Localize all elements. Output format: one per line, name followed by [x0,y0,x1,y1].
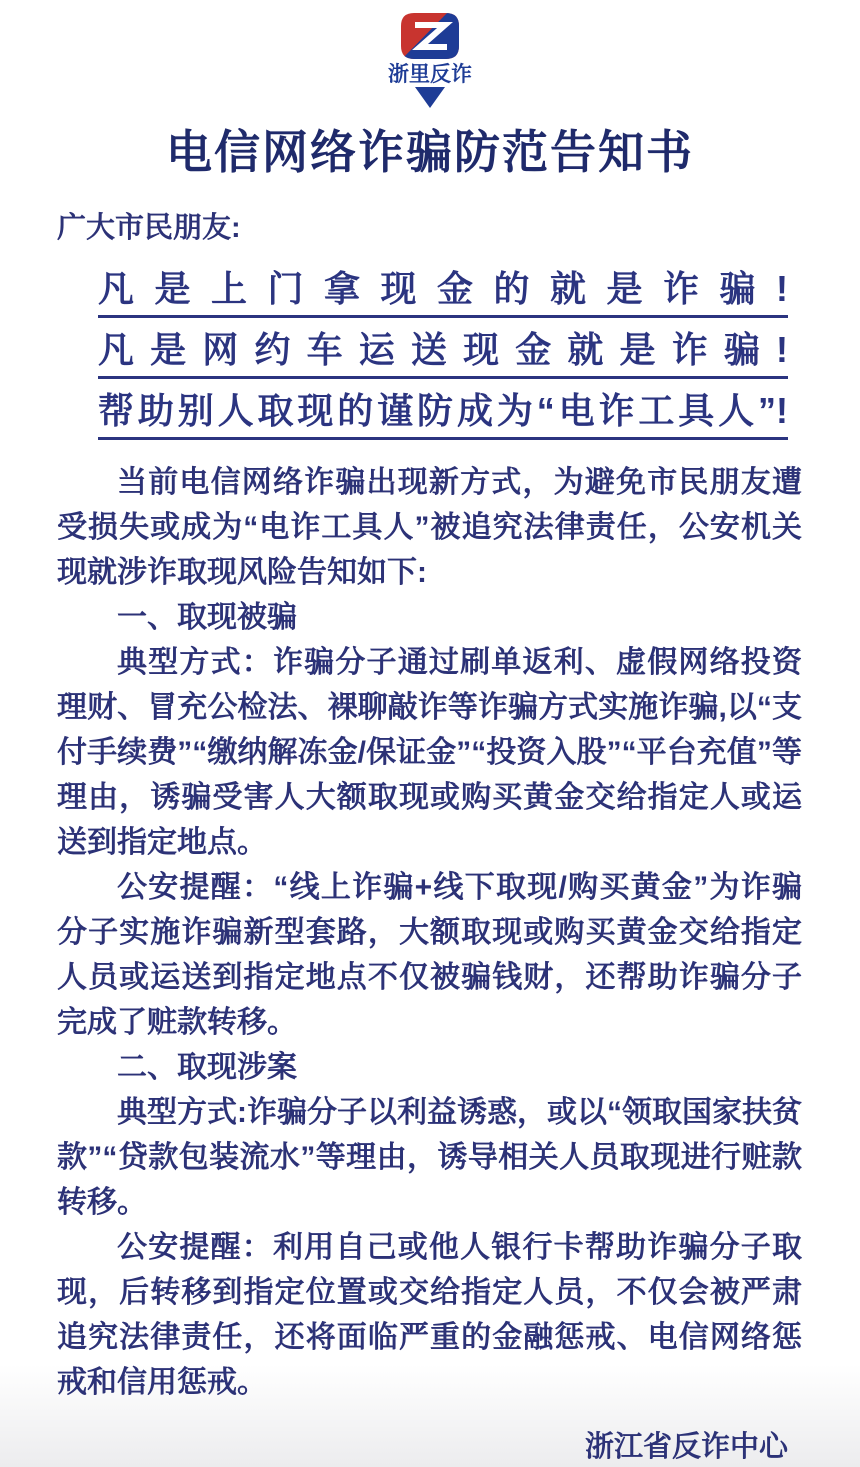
warning-line: 凡是上门拿现金的就是诈骗! [98,266,788,318]
warning-list: 凡是上门拿现金的就是诈骗! 凡是网约车运送现金就是诈骗! 帮助别人取现的谨防成为… [98,266,788,440]
notice-page: 浙里反诈 电信网络诈骗防范告知书 广大市民朋友: 凡是上门拿现金的就是诈骗! 凡… [0,0,860,1467]
paragraph: 二、取现涉案 [57,1045,802,1090]
warning-line: 帮助别人取现的谨防成为“电诈工具人”! [98,388,788,440]
logo-emblem [399,12,476,60]
signature: 浙江省反诈中心 [0,1427,788,1467]
salutation: 广大市民朋友: [57,208,802,248]
paragraph: 当前电信网络诈骗出现新方式，为避免市民朋友遭受损失或成为“电诈工具人”被追究法律… [57,460,802,595]
shield-logo-icon: 浙里反诈 [384,12,476,110]
logo-text: 浙里反诈 [388,62,472,86]
paragraph: 公安提醒：“线上诈骗+线下取现/购买黄金”为诈骗分子实施诈骗新型套路，大额取现或… [57,865,802,1045]
notice-body: 当前电信网络诈骗出现新方式，为避免市民朋友遭受损失或成为“电诈工具人”被追究法律… [57,460,802,1405]
paragraph: 公安提醒：利用自己或他人银行卡帮助诈骗分子取现，后转移到指定位置或交给指定人员，… [57,1225,802,1405]
paragraph: 一、取现被骗 [57,595,802,640]
paragraph: 典型方式:诈骗分子以利益诱惑，或以“领取国家扶贫款”“贷款包装流水”等理由，诱导… [57,1090,802,1225]
page-title: 电信网络诈骗防范告知书 [0,124,860,182]
paragraph: 典型方式：诈骗分子通过刷单返利、虚假网络投资理财、冒充公检法、裸聊敲诈等诈骗方式… [57,640,802,865]
warning-line: 凡是网约车运送现金就是诈骗! [98,327,788,379]
logo-shield-point [415,87,445,108]
anti-fraud-logo: 浙里反诈 [384,12,476,110]
